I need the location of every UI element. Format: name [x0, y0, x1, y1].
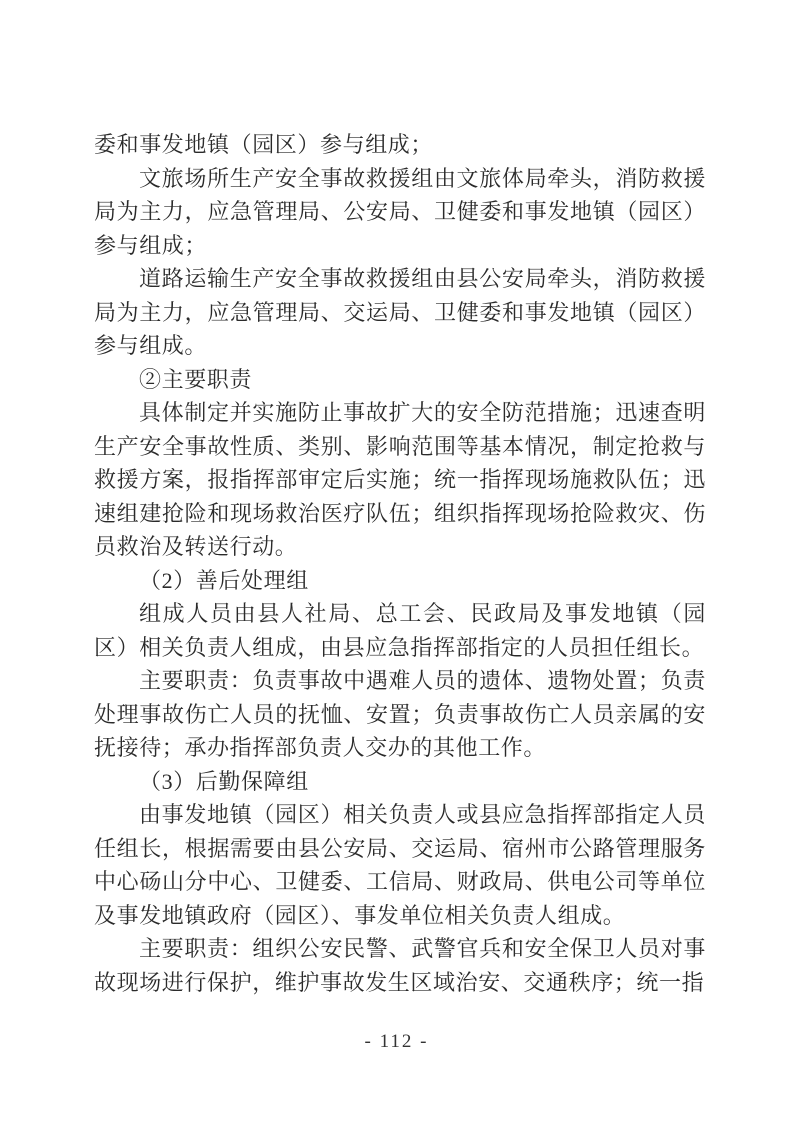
- paragraph: 主要职责：负责事故中遇难人员的遗体、遗物处置；负责处理事故伤亡人员的抚恤、安置；…: [94, 664, 706, 765]
- paragraph: 主要职责：组织公安民警、武警官兵和安全保卫人员对事故现场进行保护，维护事故发生区…: [94, 932, 706, 999]
- paragraph: 道路运输生产安全事故救援组由县公安局牵头，消防救援局为主力，应急管理局、交运局、…: [94, 262, 706, 363]
- document-body: 委和事发地镇（园区）参与组成；文旅场所生产安全事故救援组由文旅体局牵头，消防救援…: [94, 128, 706, 999]
- paragraph: 组成人员由县人社局、总工会、民政局及事发地镇（园区）相关负责人组成，由县应急指挥…: [94, 597, 706, 664]
- paragraph: （3）后勤保障组: [94, 765, 706, 799]
- paragraph: 由事发地镇（园区）相关负责人或县应急指挥部指定人员任组长，根据需要由县公安局、交…: [94, 798, 706, 932]
- paragraph: （2）善后处理组: [94, 564, 706, 598]
- document-page: 委和事发地镇（园区）参与组成；文旅场所生产安全事故救援组由文旅体局牵头，消防救援…: [0, 0, 793, 1122]
- paragraph: ②主要职责: [94, 363, 706, 397]
- paragraph: 委和事发地镇（园区）参与组成；: [94, 128, 706, 162]
- paragraph: 文旅场所生产安全事故救援组由文旅体局牵头，消防救援局为主力，应急管理局、公安局、…: [94, 162, 706, 263]
- page-number: - 112 -: [0, 1031, 793, 1053]
- paragraph: 具体制定并实施防止事故扩大的安全防范措施；迅速查明生产安全事故性质、类别、影响范…: [94, 396, 706, 564]
